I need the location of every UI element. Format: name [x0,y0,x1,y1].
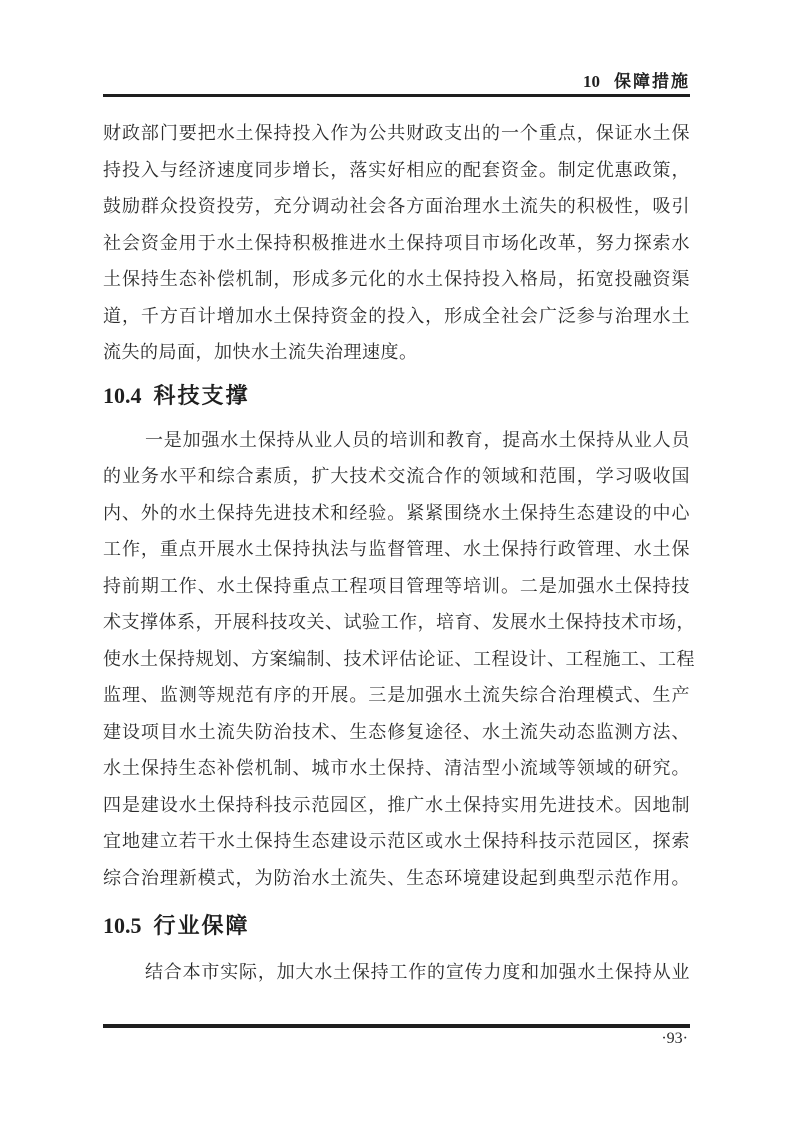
text-line: 道，千方百计增加水土保持资金的投入，形成全社会广泛参与治理水土 [103,298,690,335]
page-number: ·93· [103,1028,690,1050]
text-line: 监理、监测等规范有序的开展。三是加强水土流失综合治理模式、生产 [103,677,690,714]
header-rule [103,94,690,97]
text-line: 术支撑体系，开展科技攻关、试验工作，培育、发展水土保持技术市场， [103,604,690,641]
text-line: 一是加强水土保持从业人员的培训和教育，提高水土保持从业人员 [103,422,690,459]
text-line: 内、外的水土保持先进技术和经验。紧紧围绕水土保持生态建设的中心 [103,495,690,532]
body-paragraph: 财政部门要把水土保持投入作为公共财政支出的一个重点，保证水土保持投入与经济速度同… [103,115,690,371]
text-line: 工作，重点开展水土保持执法与监督管理、水土保持行政管理、水土保 [103,531,690,568]
section-heading-title: 行业保障 [154,913,250,938]
text-line: 建设项目水土流失防治技术、生态修复途径、水土流失动态监测方法、 [103,714,690,751]
body-paragraph: 结合本市实际，加大水土保持工作的宣传力度和加强水土保持从业 [103,954,690,991]
header-chapter-number: 10 [583,72,600,91]
section-heading-title: 科技支撑 [154,383,250,408]
page-header: 10保障措施 [103,0,690,94]
text-line: 水土保持生态补偿机制、城市水土保持、清洁型小流域等领域的研究。 [103,750,690,787]
text-line: 持投入与经济速度同步增长，落实好相应的配套资金。制定优惠政策， [103,152,690,189]
text-line: 结合本市实际，加大水土保持工作的宣传力度和加强水土保持从业 [103,954,690,991]
text-line: 综合治理新模式，为防治水土流失、生态环境建设起到典型示范作用。 [103,860,690,897]
section-heading-number: 10.5 [103,913,142,938]
text-line: 鼓励群众投资投劳，充分调动社会各方面治理水土流失的积极性，吸引 [103,188,690,225]
page-footer: ·93· [103,1024,690,1050]
document-content: 财政部门要把水土保持投入作为公共财政支出的一个重点，保证水土保持投入与经济速度同… [103,115,690,991]
text-line: 财政部门要把水土保持投入作为公共财政支出的一个重点，保证水土保 [103,115,690,152]
text-line: 流失的局面，加快水土流失治理速度。 [103,334,690,371]
header-chapter-title: 保障措施 [614,72,690,91]
section-heading: 10.4科技支撑 [103,380,690,412]
document-page: 10保障措施 财政部门要把水土保持投入作为公共财政支出的一个重点，保证水土保持投… [0,0,793,1122]
text-line: 的业务水平和综合素质，扩大技术交流合作的领域和范围，学习吸收国 [103,458,690,495]
text-line: 土保持生态补偿机制，形成多元化的水土保持投入格局，拓宽投融资渠 [103,261,690,298]
body-paragraph: 一是加强水土保持从业人员的培训和教育，提高水土保持从业人员的业务水平和综合素质，… [103,422,690,897]
section-heading: 10.5行业保障 [103,910,690,942]
text-line: 四是建设水土保持科技示范园区，推广水土保持实用先进技术。因地制 [103,787,690,824]
text-line: 持前期工作、水土保持重点工程项目管理等培训。二是加强水土保持技 [103,568,690,605]
section-heading-number: 10.4 [103,383,142,408]
text-line: 社会资金用于水土保持积极推进水土保持项目市场化改革，努力探索水 [103,225,690,262]
text-line: 宜地建立若干水土保持生态建设示范区或水土保持科技示范园区，探索 [103,823,690,860]
text-line: 使水土保持规划、方案编制、技术评估论证、工程设计、工程施工、工程 [103,641,690,678]
